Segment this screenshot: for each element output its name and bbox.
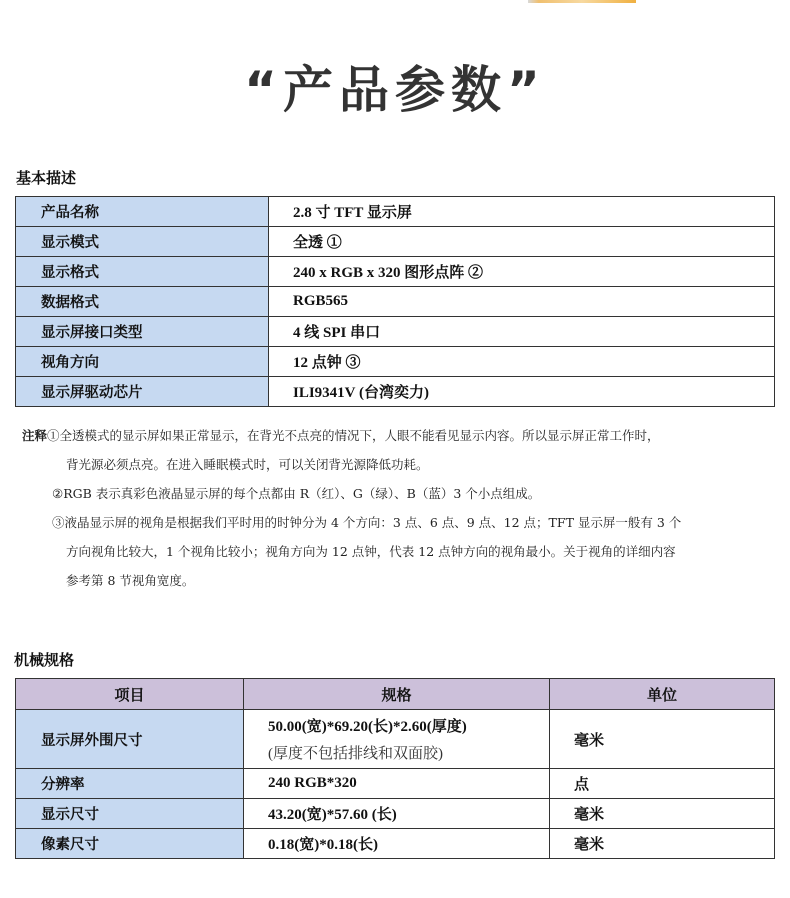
page-title: “产品参数” xyxy=(0,50,790,122)
note-line: 注释①全透模式的显示屏如果正常显示，在背光不点亮的情况下，人眼不能看见显示内容。… xyxy=(22,426,660,444)
table-row: 数据格式 RGB565 xyxy=(16,287,775,317)
table-row: 视角方向 12 点钟 ③ xyxy=(16,347,775,377)
spec-value: 240 x RGB x 320 图形点阵 ② xyxy=(269,257,775,287)
note-line: ②RGB 表示真彩色液晶显示屏的每个点都由 R（红）、G（绿）、B（蓝）3 个小… xyxy=(52,484,540,502)
table-row: 显示屏接口类型 4 线 SPI 串口 xyxy=(16,317,775,347)
spec-value: 12 点钟 ③ xyxy=(269,347,775,377)
spec-cell: 0.18(宽)*0.18(长) xyxy=(244,829,550,859)
spec-key: 显示格式 xyxy=(16,257,269,287)
table-row: 显示格式 240 x RGB x 320 图形点阵 ② xyxy=(16,257,775,287)
unit-cell: 点 xyxy=(550,769,775,799)
notes-label: 注释 xyxy=(22,428,47,443)
note-line: ③液晶显示屏的视角是根据我们平时用的时钟分为 4 个方向：3 点、6 点、9 点… xyxy=(52,513,681,531)
column-header: 项目 xyxy=(16,679,244,710)
note-line: 背光源必须点亮。在进入睡眠模式时，可以关闭背光源降低功耗。 xyxy=(66,455,429,473)
table-row: 像素尺寸 0.18(宽)*0.18(长) 毫米 xyxy=(16,829,775,859)
table-row: 显示屏驱动芯片 ILI9341V (台湾奕力) xyxy=(16,377,775,407)
mechanical-section-heading: 机械规格 xyxy=(14,649,74,670)
spec-value: ILI9341V (台湾奕力) xyxy=(269,377,775,407)
item-cell: 分辨率 xyxy=(16,769,244,799)
spec-value: 2.8 寸 TFT 显示屏 xyxy=(269,197,775,227)
table-row: 分辨率 240 RGB*320 点 xyxy=(16,769,775,799)
column-header: 单位 xyxy=(550,679,775,710)
spec-cell: 43.20(宽)*57.60 (长) xyxy=(244,799,550,829)
column-header: 规格 xyxy=(244,679,550,710)
table-header-row: 项目 规格 单位 xyxy=(16,679,775,710)
spec-value: RGB565 xyxy=(269,287,775,317)
spec-key: 视角方向 xyxy=(16,347,269,377)
spec-key: 显示屏接口类型 xyxy=(16,317,269,347)
spec-value: 50.00(宽)*69.20(长)*2.60(厚度) xyxy=(268,719,467,735)
unit-cell: 毫米 xyxy=(550,799,775,829)
spec-value: 全透 ① xyxy=(269,227,775,257)
spec-key: 显示屏驱动芯片 xyxy=(16,377,269,407)
spec-note: (厚度不包括排线和双面胶) xyxy=(268,742,549,763)
item-cell: 显示屏外围尺寸 xyxy=(16,710,244,769)
note-line: 方向视角比较大，1 个视角比较小；视角方向为 12 点钟，代表 12 点钟方向的… xyxy=(66,542,676,560)
note-line: 参考第 8 节视角宽度。 xyxy=(66,571,194,589)
note-text: ①全透模式的显示屏如果正常显示，在背光不点亮的情况下，人眼不能看见显示内容。所以… xyxy=(47,428,660,443)
item-cell: 像素尺寸 xyxy=(16,829,244,859)
top-decorative-bar xyxy=(528,0,636,3)
item-cell: 显示尺寸 xyxy=(16,799,244,829)
table-row: 产品名称 2.8 寸 TFT 显示屏 xyxy=(16,197,775,227)
mechanical-spec-table: 项目 规格 单位 显示屏外围尺寸 50.00(宽)*69.20(长)*2.60(… xyxy=(15,678,775,859)
table-row: 显示模式 全透 ① xyxy=(16,227,775,257)
spec-value: 4 线 SPI 串口 xyxy=(269,317,775,347)
basic-spec-table: 产品名称 2.8 寸 TFT 显示屏 显示模式 全透 ① 显示格式 240 x … xyxy=(15,196,775,407)
spec-key: 产品名称 xyxy=(16,197,269,227)
spec-key: 显示模式 xyxy=(16,227,269,257)
table-row: 显示屏外围尺寸 50.00(宽)*69.20(长)*2.60(厚度) (厚度不包… xyxy=(16,710,775,769)
unit-cell: 毫米 xyxy=(550,710,775,769)
basic-section-heading: 基本描述 xyxy=(16,167,76,188)
table-row: 显示尺寸 43.20(宽)*57.60 (长) 毫米 xyxy=(16,799,775,829)
unit-cell: 毫米 xyxy=(550,829,775,859)
spec-key: 数据格式 xyxy=(16,287,269,317)
spec-cell: 50.00(宽)*69.20(长)*2.60(厚度) (厚度不包括排线和双面胶) xyxy=(244,710,550,769)
spec-cell: 240 RGB*320 xyxy=(244,769,550,799)
